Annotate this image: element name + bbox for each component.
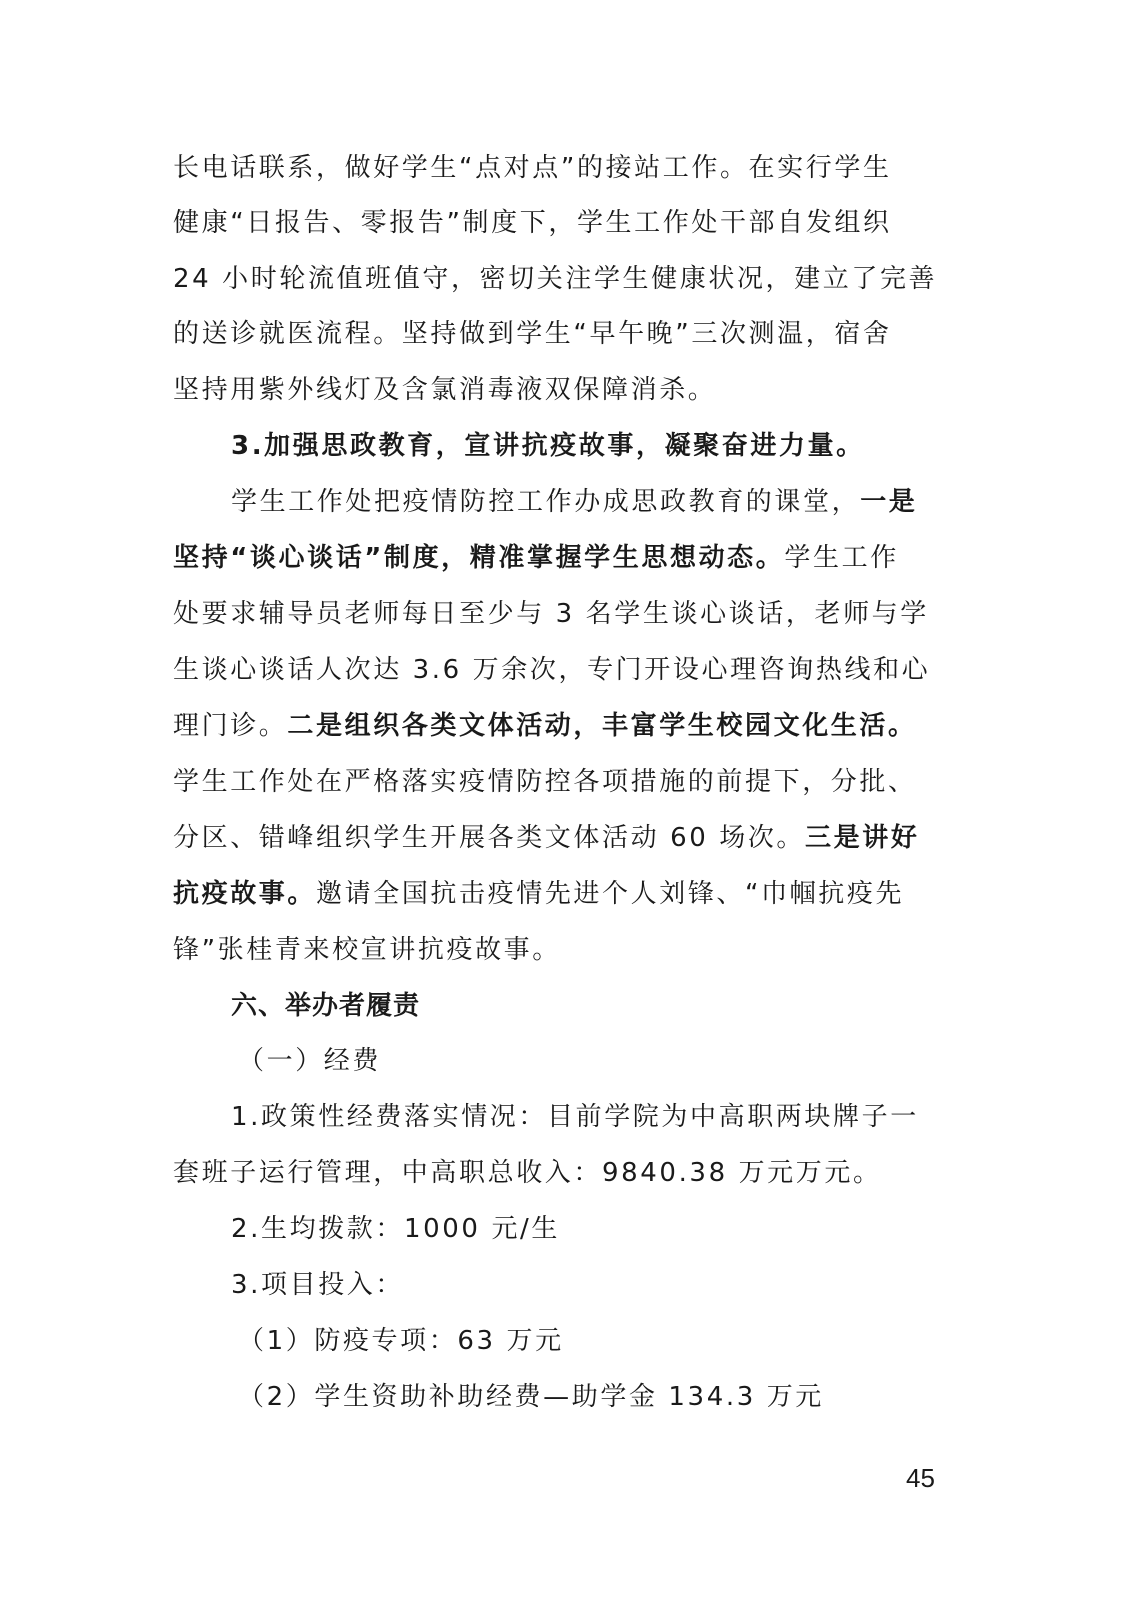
- text-segment: 24 小时轮流值班值守，密切关注学生健康状况，建立了完善: [173, 264, 937, 294]
- paragraph-line: 生谈心谈话人次达 3.6 万余次，专门开设心理咨询热线和心: [173, 652, 963, 688]
- text-segment: 长电话联系，做好学生“点对点”的接站工作。在实行学生: [173, 153, 892, 183]
- text-segment: 分区、错峰组织学生开展各类文体活动 60 场次。: [173, 823, 805, 853]
- paragraph-line: 套班子运行管理，中高职总收入：9840.38 万元万元。: [173, 1155, 963, 1191]
- list-item: （2）学生资助补助经费—助学金 134.3 万元: [238, 1379, 1028, 1415]
- list-item: （1）防疫专项：63 万元: [238, 1323, 1028, 1359]
- paragraph-line: 分区、错峰组织学生开展各类文体活动 60 场次。三是讲好: [173, 820, 963, 856]
- bold-text-segment: 坚持“谈心谈话”制度，精准掌握学生思想动态。: [173, 543, 784, 573]
- text-segment: 2.生均拨款：1000 元/生: [231, 1214, 560, 1244]
- paragraph-line: 锋”张桂青来校宣讲抗疫故事。: [173, 932, 963, 968]
- paragraph-line: 长电话联系，做好学生“点对点”的接站工作。在实行学生: [173, 150, 963, 186]
- text-segment: （1）防疫专项：63 万元: [238, 1326, 564, 1356]
- subsection-heading: （一）经费: [238, 1043, 1028, 1079]
- text-segment: 学生工作: [784, 543, 898, 573]
- paragraph-line: 理门诊。二是组织各类文体活动，丰富学生校园文化生活。: [173, 708, 963, 744]
- bold-text-segment: 3.加强思政教育，宣讲抗疫故事，凝聚奋进力量。: [231, 431, 865, 461]
- text-segment: 的送诊就医流程。坚持做到学生“早午晚”三次测温，宿舍: [173, 319, 892, 349]
- section-heading-6: 六、举办者履责: [231, 988, 1021, 1024]
- text-segment: 学生工作处把疫情防控工作办成思政教育的课堂，: [231, 487, 860, 517]
- bold-text-segment: 二是组织各类文体活动，丰富学生校园文化生活。: [287, 711, 916, 741]
- paragraph-line: 坚持用紫外线灯及含氯消毒液双保障消杀。: [173, 372, 963, 408]
- text-segment: 套班子运行管理，中高职总收入：9840.38 万元万元。: [173, 1158, 882, 1188]
- paragraph-line: 坚持“谈心谈话”制度，精准掌握学生思想动态。学生工作: [173, 540, 963, 576]
- paragraph-line: 学生工作处在严格落实疫情防控各项措施的前提下，分批、: [173, 764, 963, 800]
- list-item: 2.生均拨款：1000 元/生: [231, 1211, 1021, 1247]
- text-segment: 邀请全国抗击疫情先进个人刘锋、“巾帼抗疫先: [316, 879, 904, 909]
- text-segment: 坚持用紫外线灯及含氯消毒液双保障消杀。: [173, 375, 716, 405]
- text-segment: 1.政策性经费落实情况：目前学院为中高职两块牌子一: [231, 1102, 919, 1132]
- text-segment: 学生工作处在严格落实疫情防控各项措施的前提下，分批、: [173, 767, 917, 797]
- text-segment: 处要求辅导员老师每日至少与 3 名学生谈心谈话，老师与学: [173, 599, 929, 629]
- text-segment: 生谈心谈话人次达 3.6 万余次，专门开设心理咨询热线和心: [173, 655, 930, 685]
- bold-text-segment: 抗疫故事。: [173, 879, 316, 909]
- text-segment: 锋”张桂青来校宣讲抗疫故事。: [173, 935, 561, 965]
- section-heading-3: 3.加强思政教育，宣讲抗疫故事，凝聚奋进力量。: [231, 428, 1021, 464]
- text-segment: 3.项目投入：: [231, 1270, 404, 1300]
- paragraph-line: 1.政策性经费落实情况：目前学院为中高职两块牌子一: [231, 1099, 1021, 1135]
- text-segment: （一）经费: [238, 1046, 381, 1076]
- bold-text-segment: 一是: [860, 487, 917, 517]
- text-segment: 健康“日报告、零报告”制度下，学生工作处干部自发组织: [173, 208, 892, 238]
- text-segment: 理门诊。: [173, 711, 287, 741]
- bold-text-segment: 三是讲好: [805, 823, 919, 853]
- bold-text-segment: 六、举办者履责: [231, 991, 420, 1021]
- text-segment: （2）学生资助补助经费—助学金 134.3 万元: [238, 1382, 824, 1412]
- paragraph-line: 学生工作处把疫情防控工作办成思政教育的课堂，一是: [231, 484, 1021, 520]
- list-item: 3.项目投入：: [231, 1267, 1021, 1303]
- paragraph-line: 健康“日报告、零报告”制度下，学生工作处干部自发组织: [173, 205, 963, 241]
- paragraph-line: 24 小时轮流值班值守，密切关注学生健康状况，建立了完善: [173, 261, 963, 297]
- paragraph-line: 的送诊就医流程。坚持做到学生“早午晚”三次测温，宿舍: [173, 316, 963, 352]
- paragraph-line: 抗疫故事。邀请全国抗击疫情先进个人刘锋、“巾帼抗疫先: [173, 876, 963, 912]
- paragraph-line: 处要求辅导员老师每日至少与 3 名学生谈心谈话，老师与学: [173, 596, 963, 632]
- document-page: 长电话联系，做好学生“点对点”的接站工作。在实行学生 健康“日报告、零报告”制度…: [0, 0, 1131, 1600]
- page-number: 45: [906, 1460, 935, 1496]
